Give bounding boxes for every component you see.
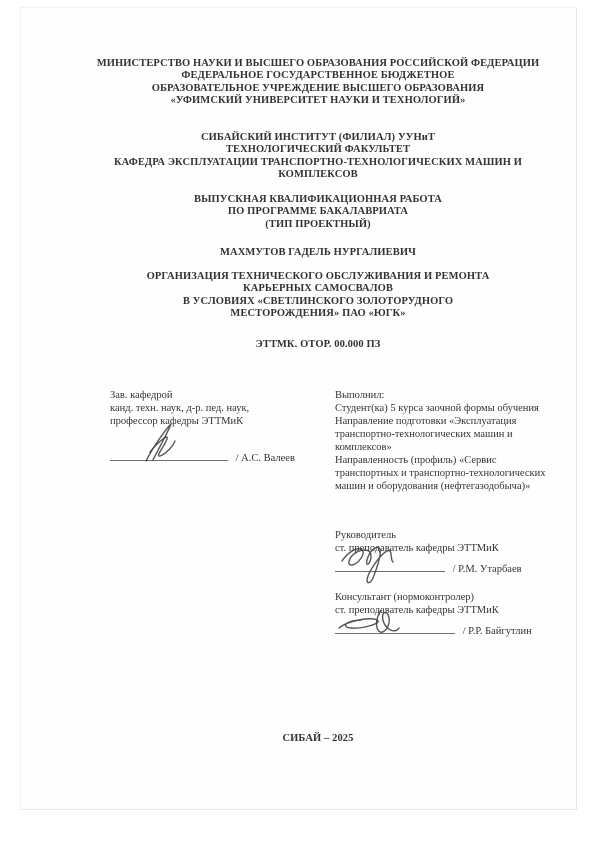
performer-line: Студент(ка) 5 курса заочной формы обучен… <box>335 402 573 415</box>
document-code: ЭТТМК. ОТОР. 00.000 ПЗ <box>85 339 551 351</box>
consultant-role: Консультант (нормоконтролер) <box>335 591 573 604</box>
performer-line: Направленность (профиль) «Сервис <box>335 454 573 467</box>
department-head-signature-row: / А.С. Валеев <box>110 449 340 465</box>
signature-line <box>335 622 455 634</box>
performer-line: транспортно-технологических машин и <box>335 428 573 441</box>
work-type-line: (ТИП ПРОЕКТНЫЙ) <box>85 219 551 231</box>
thesis-title-line: ОРГАНИЗАЦИЯ ТЕХНИЧЕСКОГО ОБСЛУЖИВАНИЯ И … <box>85 271 551 283</box>
institute-line: КАФЕДРА ЭКСПЛУАТАЦИИ ТРАНСПОРТНО-ТЕХНОЛО… <box>85 157 551 169</box>
work-type-line: ВЫПУСКНАЯ КВАЛИФИКАЦИОННАЯ РАБОТА <box>85 194 551 206</box>
institute-line: КОМПЛЕКСОВ <box>85 169 551 181</box>
work-type-line: ПО ПРОГРАММЕ БАКАЛАВРИАТА <box>85 206 551 218</box>
ministry-block: МИНИСТЕРСТВО НАУКИ И ВЫСШЕГО ОБРАЗОВАНИЯ… <box>85 58 551 108</box>
supervisor-signature-row: / Р.М. Утарбаев <box>335 560 573 576</box>
department-head-degree: канд. техн. наук, д-р. пед. наук, <box>110 402 340 415</box>
consultant-signed-name: / Р.Р. Байгутлин <box>463 626 532 637</box>
footer-city-year: СИБАЙ – 2025 <box>85 733 551 745</box>
thesis-title-line: В УСЛОВИЯХ «СВЕТЛИНСКОГО ЗОЛОТОРУДНОГО <box>85 296 551 308</box>
institute-line: СИБАЙСКИЙ ИНСТИТУТ (ФИЛИАЛ) УУНиТ <box>85 132 551 144</box>
document-code-text: ЭТТМК. ОТОР. 00.000 ПЗ <box>85 339 551 351</box>
performer-line: машин и оборудования (нефтегазодобыча)» <box>335 480 573 493</box>
footer-city-year-text: СИБАЙ – 2025 <box>85 733 551 745</box>
ministry-line: МИНИСТЕРСТВО НАУКИ И ВЫСШЕГО ОБРАЗОВАНИЯ… <box>85 58 551 70</box>
department-head-signed-name: / А.С. Валеев <box>236 453 295 464</box>
thesis-title-line: МЕСТОРОЖДЕНИЯ» ПАО «ЮГК» <box>85 308 551 320</box>
department-head-role: Зав. кафедрой <box>110 389 340 402</box>
supervisor-signed-name: / Р.М. Утарбаев <box>453 564 522 575</box>
author-name-text: МАХМУТОВ ГАДЕЛЬ НУРГАЛИЕВИЧ <box>85 247 551 259</box>
ministry-line: ОБРАЗОВАТЕЛЬНОЕ УЧРЕЖДЕНИЕ ВЫСШЕГО ОБРАЗ… <box>85 83 551 95</box>
institute-line: ТЕХНОЛОГИЧЕСКИЙ ФАКУЛЬТЕТ <box>85 144 551 156</box>
performer-line: комплексов» <box>335 441 573 454</box>
supervisor-block: Руководитель ст. преподаватель кафедры Э… <box>335 529 573 576</box>
performer-block: Выполнил: Студент(ка) 5 курса заочной фо… <box>335 389 573 493</box>
performer-label: Выполнил: <box>335 389 573 402</box>
department-head-block: Зав. кафедрой канд. техн. наук, д-р. пед… <box>110 389 340 465</box>
thesis-title-line: КАРЬЕРНЫХ САМОСВАЛОВ <box>85 283 551 295</box>
signature-line <box>110 449 228 461</box>
ministry-line: ФЕДЕРАЛЬНОЕ ГОСУДАРСТВЕННОЕ БЮДЖЕТНОЕ <box>85 70 551 82</box>
work-type-block: ВЫПУСКНАЯ КВАЛИФИКАЦИОННАЯ РАБОТА ПО ПРО… <box>85 194 551 231</box>
author-name: МАХМУТОВ ГАДЕЛЬ НУРГАЛИЕВИЧ <box>85 247 551 259</box>
signature-line <box>335 560 445 572</box>
ministry-line: «УФИМСКИЙ УНИВЕРСИТЕТ НАУКИ И ТЕХНОЛОГИЙ… <box>85 95 551 107</box>
institute-block: СИБАЙСКИЙ ИНСТИТУТ (ФИЛИАЛ) УУНиТ ТЕХНОЛ… <box>85 132 551 182</box>
signature-valeev <box>136 421 186 467</box>
signature-baygutlin <box>335 604 417 642</box>
performer-line: Направление подготовки «Эксплуатация <box>335 415 573 428</box>
consultant-signature-row: / Р.Р. Байгутлин <box>335 622 573 638</box>
consultant-block: Консультант (нормоконтролер) ст. препода… <box>335 591 573 638</box>
performer-line: транспортных и транспортно-технологическ… <box>335 467 573 480</box>
thesis-title: ОРГАНИЗАЦИЯ ТЕХНИЧЕСКОГО ОБСЛУЖИВАНИЯ И … <box>85 271 551 321</box>
signature-utarbaev <box>337 535 409 587</box>
